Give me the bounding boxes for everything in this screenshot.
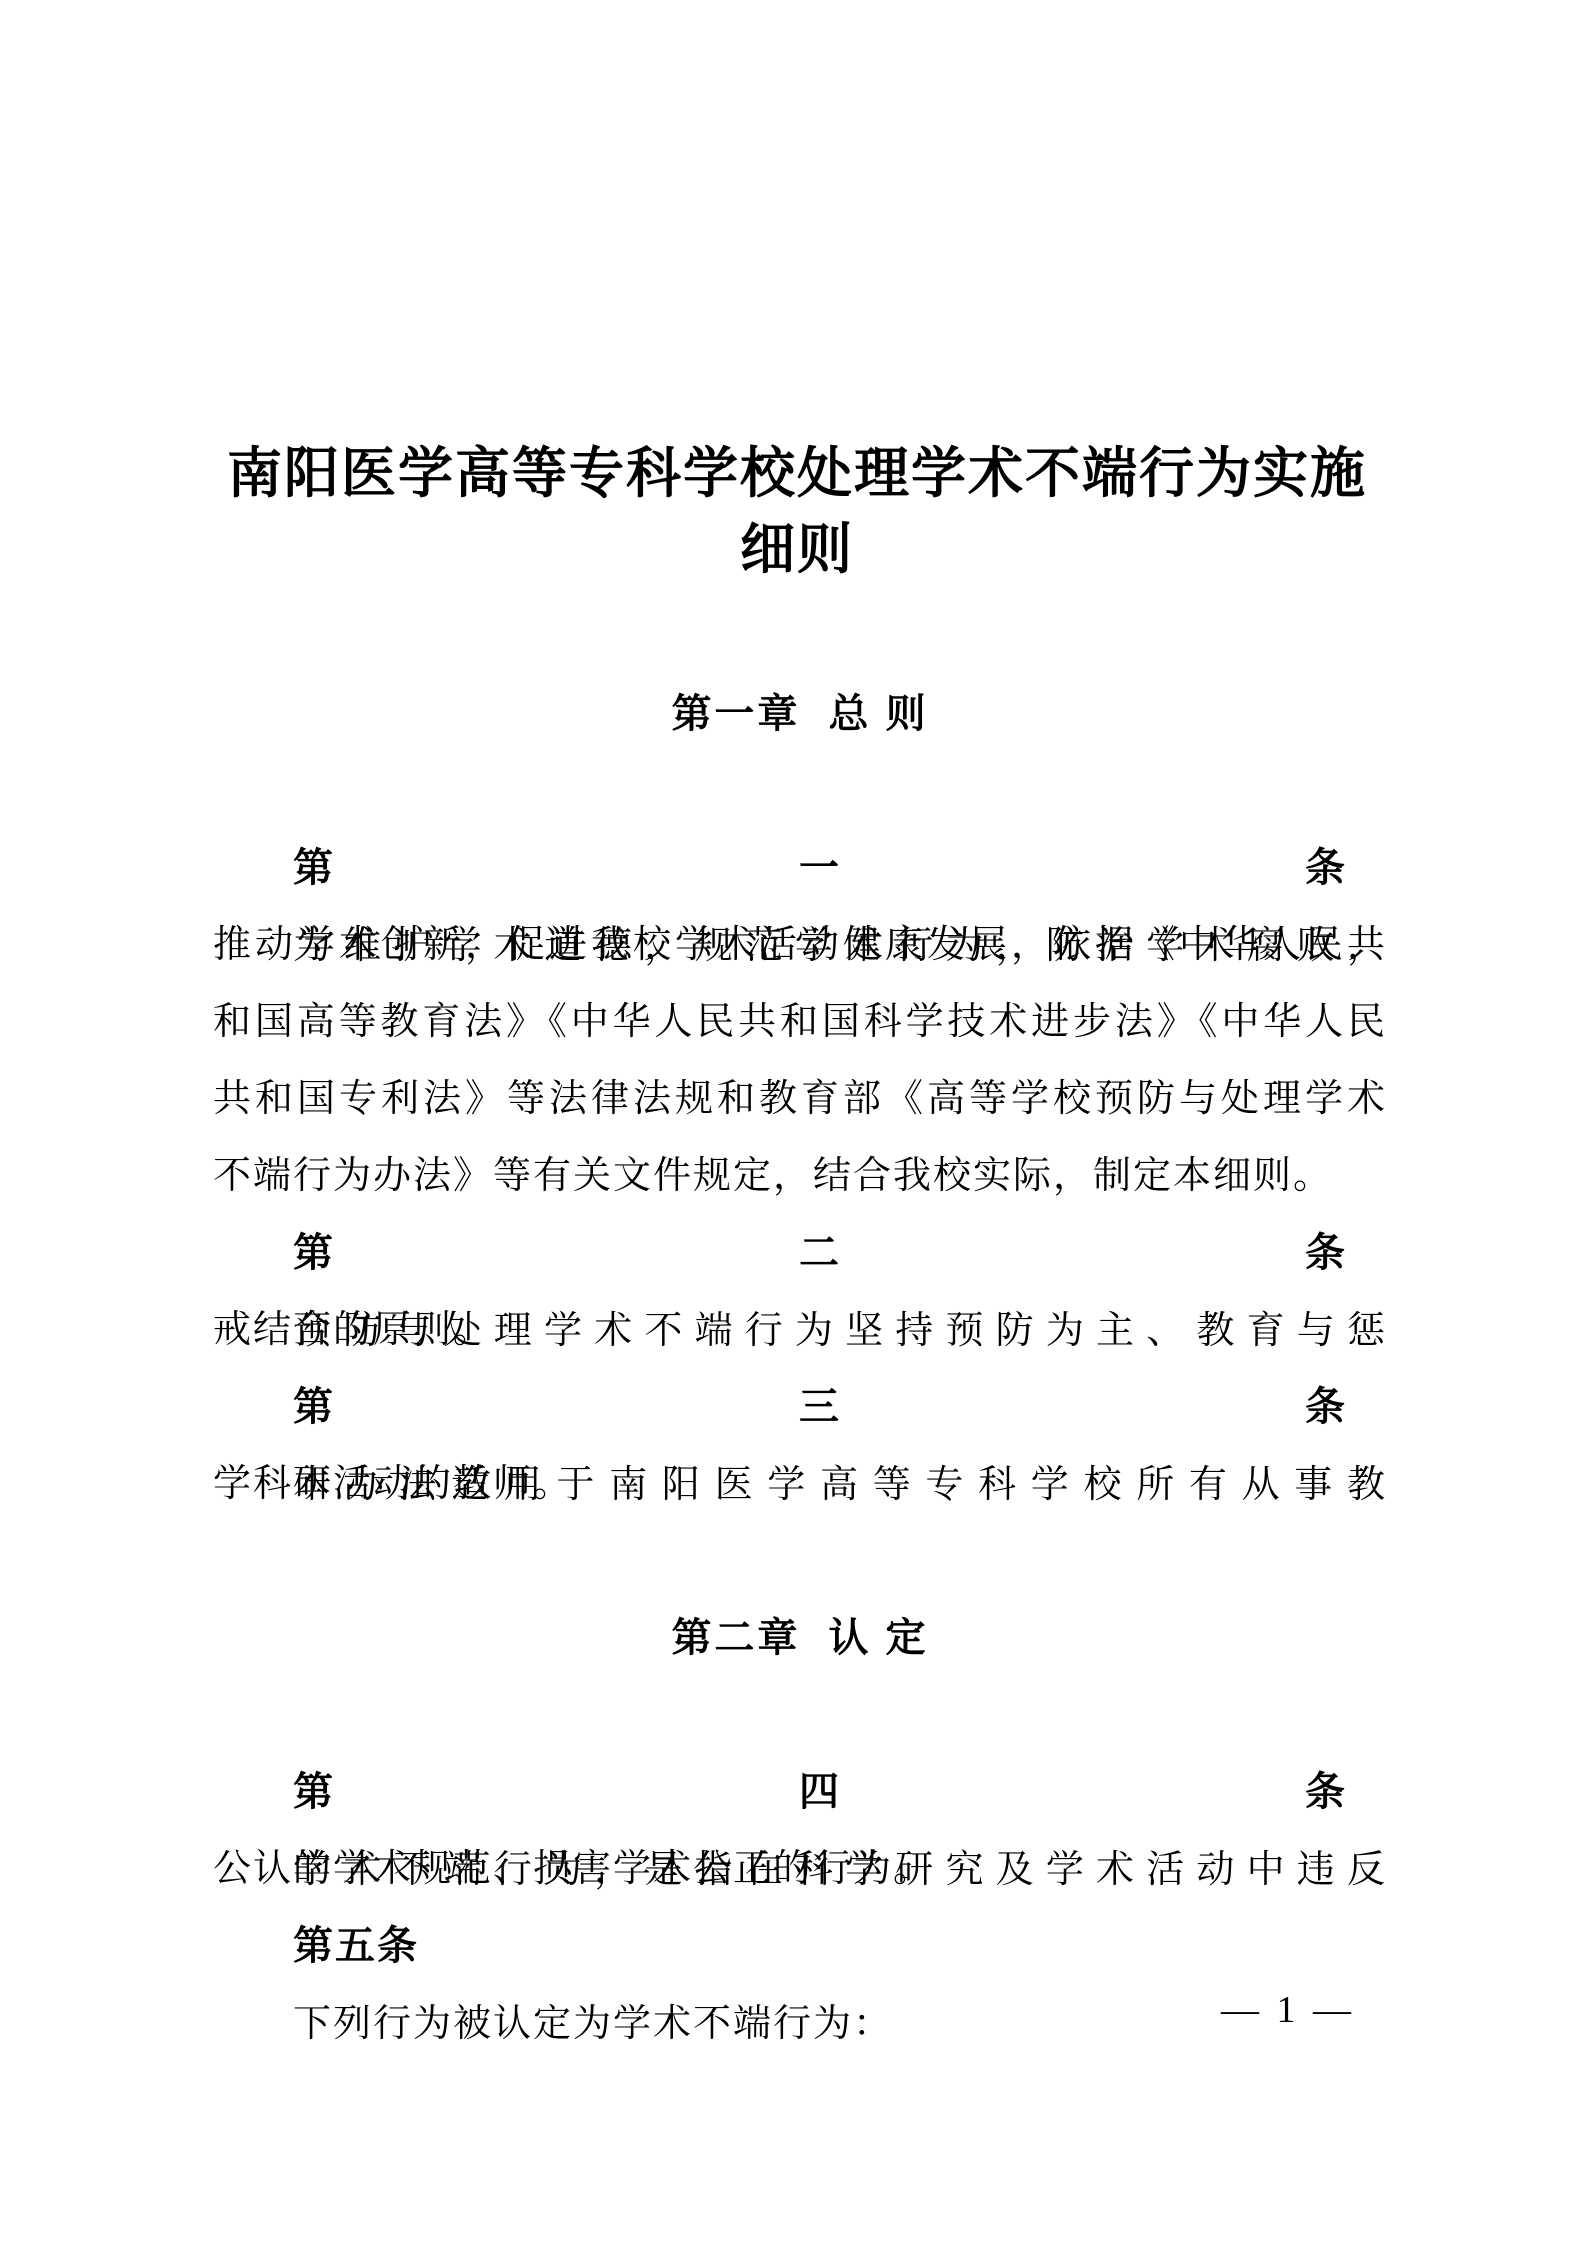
chapter-number: 第一章 — [671, 692, 800, 736]
document-title: 南阳医学高等专科学校处理学术不端行为实施 细则 — [207, 436, 1387, 588]
page-number-footer: — 1 — — [1221, 1972, 1355, 2049]
article-number-label: 第三条 — [293, 1385, 1347, 1429]
line-text: 推动学术创新，促进我校学术活动健康发展，依据《中华人民共 — [213, 907, 1387, 984]
article-number-label: 第一条 — [293, 846, 1347, 890]
document-page: 南阳医学高等专科学校处理学术不端行为实施 细则 第一章总 则第一条为维护学术道德… — [0, 0, 1587, 2245]
title-line-2: 细则 — [207, 512, 1387, 588]
body-line: 第三条本办法适用于南阳医学高等专科学校所有从事教 — [213, 1369, 1387, 1446]
body-line: 第一条为维护学术道德，规范学术行为，防治学术腐败， — [213, 830, 1387, 907]
body-line: 和国高等教育法》《中华人民共和国科学技术进步法》《中华人民 — [213, 984, 1387, 1061]
body-line: 共和国专利法》等法律法规和教育部《高等学校预防与处理学术 — [213, 1061, 1387, 1138]
chapter-heading: 第一章总 则 — [213, 676, 1387, 753]
title-line-1: 南阳医学高等专科学校处理学术不端行为实施 — [207, 436, 1387, 512]
chapter-heading: 第二章认 定 — [213, 1600, 1387, 1677]
chapter-name: 总 则 — [828, 692, 928, 736]
body-line: 第二条预防与处理学术不端行为坚持预防为主、教育与惩 — [213, 1215, 1387, 1292]
line-text: 不端行为办法》等有关文件规定，结合我校实际，制定本细则。 — [213, 1138, 1387, 1215]
body-line: 第四条学术不端行为，是指在科学研究及学术活动中违反 — [213, 1754, 1387, 1831]
line-text: 共和国专利法》等法律法规和教育部《高等学校预防与处理学术 — [213, 1061, 1387, 1138]
chapter-number: 第二章 — [671, 1616, 800, 1660]
article-number-label: 第二条 — [293, 1231, 1347, 1275]
document-body: 第一章总 则第一条为维护学术道德，规范学术行为，防治学术腐败，推动学术创新，促进… — [213, 676, 1387, 1985]
line-text: 和国高等教育法》《中华人民共和国科学技术进步法》《中华人民 — [213, 984, 1387, 1061]
body-line: 第五条下列行为被认定为学术不端行为： — [213, 1908, 1387, 1985]
article-number-label: 第五条 — [293, 1924, 419, 1968]
body-line: 推动学术创新，促进我校学术活动健康发展，依据《中华人民共 — [213, 907, 1387, 984]
body-line: 不端行为办法》等有关文件规定，结合我校实际，制定本细则。 — [213, 1138, 1387, 1215]
article-number-label: 第四条 — [293, 1770, 1347, 1814]
chapter-name: 认 定 — [828, 1616, 928, 1660]
